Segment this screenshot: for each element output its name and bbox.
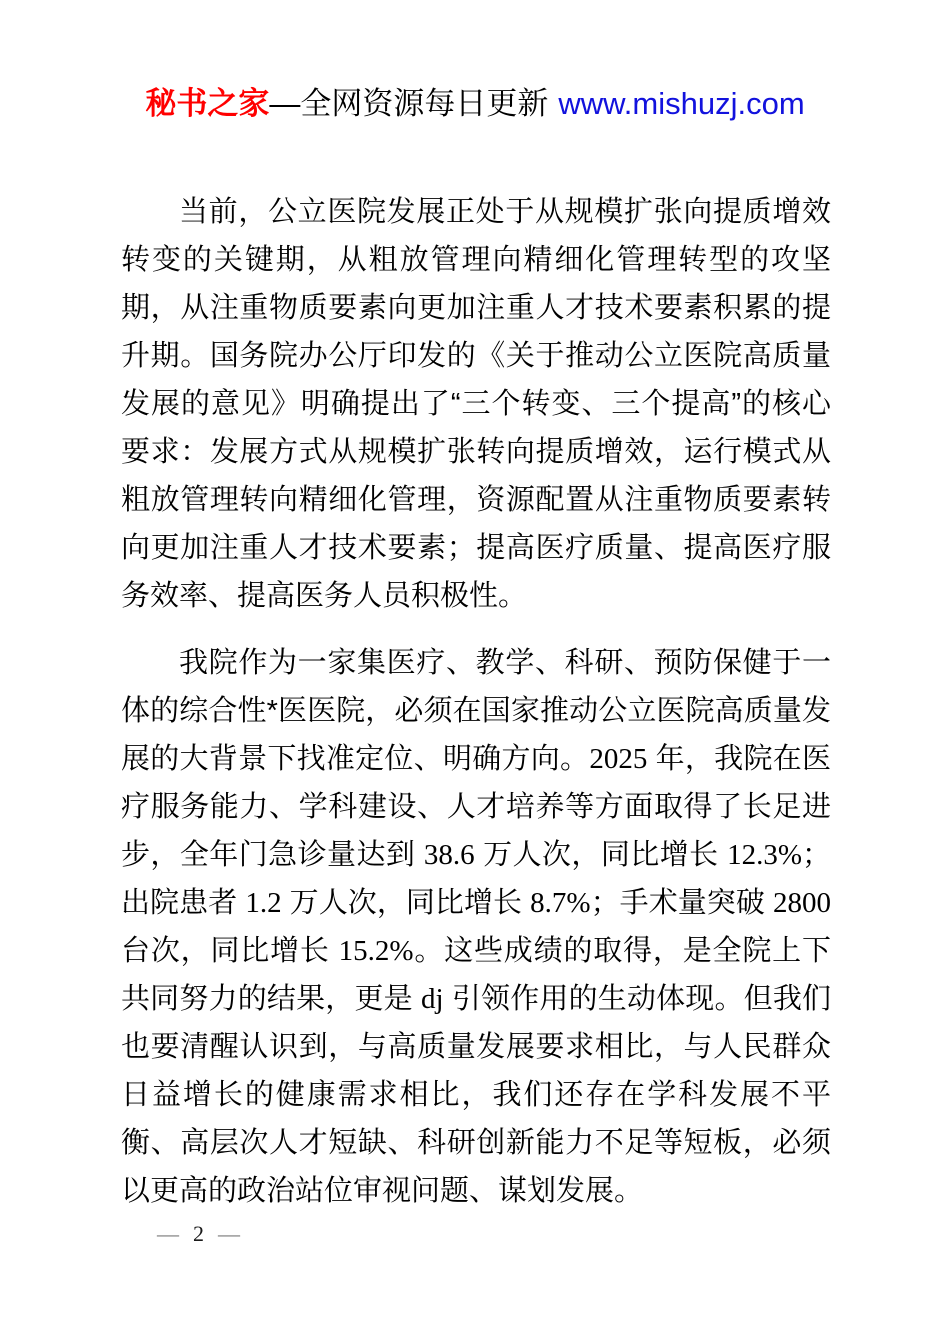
page-number-dash-right: — xyxy=(218,1221,240,1246)
site-tagline: —全网资源每日更新 xyxy=(269,86,548,121)
body-paragraph-2: 我院作为一家集医疗、教学、科研、预防保健于一体的综合性*医医院，必须在国家推动公… xyxy=(121,639,831,1215)
site-header: 秘书之家—全网资源每日更新www.mishuzj.com xyxy=(0,84,950,124)
page-number-dash-left: — xyxy=(157,1221,179,1246)
page-number-value: 2 xyxy=(193,1221,204,1246)
site-brand: 秘书之家 xyxy=(145,86,269,121)
document-page: 秘书之家—全网资源每日更新www.mishuzj.com 当前，公立医院发展正处… xyxy=(0,0,950,1344)
body-paragraph-1: 当前，公立医院发展正处于从规模扩张向提质增效转变的关键期，从粗放管理向精细化管理… xyxy=(121,188,831,620)
page-number: —2— xyxy=(157,1220,240,1248)
document-body: 当前，公立医院发展正处于从规模扩张向提质增效转变的关键期，从粗放管理向精细化管理… xyxy=(121,188,831,1234)
site-url: www.mishuzj.com xyxy=(558,86,804,121)
